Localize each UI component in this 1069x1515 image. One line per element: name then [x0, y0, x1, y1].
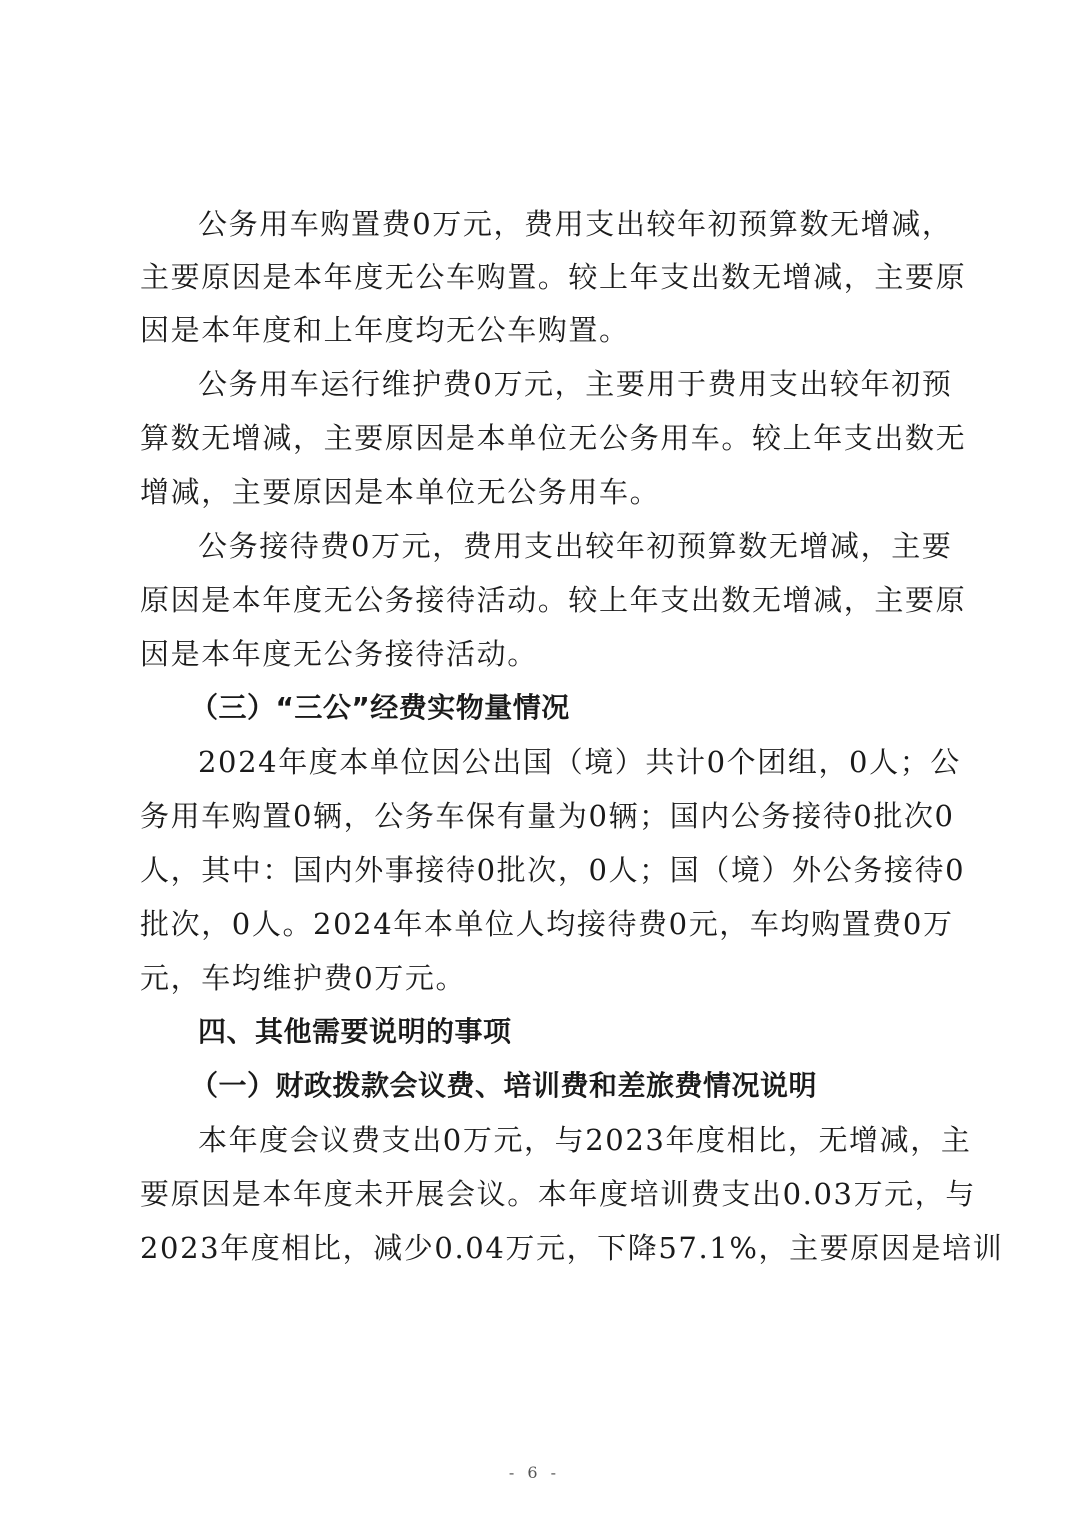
- section-heading: 四、其他需要说明的事项: [198, 1014, 935, 1050]
- section-subheading: （一）财政拨款会议费、培训费和差旅费情况说明: [190, 1068, 927, 1104]
- paragraph-line: 公务接待费0万元，费用支出较年初预算数无增减，主要: [198, 528, 935, 564]
- paragraph-line: 本年度会议费支出0万元，与2023年度相比，无增减，主: [198, 1122, 935, 1158]
- paragraph-line: 算数无增减，主要原因是本单位无公务用车。较上年支出数无: [140, 420, 935, 456]
- paragraph-line: 公务用车运行维护费0万元，主要用于费用支出较年初预: [198, 366, 935, 402]
- paragraph-line: 务用车购置0辆，公务车保有量为0辆；国内公务接待0批次0: [140, 798, 935, 834]
- paragraph-line: 批次，0人。2024年本单位人均接待费0元，车均购置费0万: [140, 906, 935, 942]
- paragraph-line: 主要原因是本年度无公车购置。较上年支出数无增减，主要原: [140, 259, 935, 295]
- paragraph-line: 原因是本年度无公务接待活动。较上年支出数无增减，主要原: [140, 582, 935, 618]
- paragraph-line: 元，车均维护费0万元。: [140, 960, 935, 996]
- paragraph-line: 因是本年度无公务接待活动。: [140, 636, 935, 672]
- paragraph-line: 要原因是本年度未开展会议。本年度培训费支出0.03万元，与: [140, 1176, 935, 1212]
- paragraph-line: 人，其中：国内外事接待0批次，0人；国（境）外公务接待0: [140, 852, 935, 888]
- paragraph-line: 因是本年度和上年度均无公车购置。: [140, 312, 935, 348]
- paragraph-line: 增减，主要原因是本单位无公务用车。: [140, 474, 935, 510]
- paragraph-line: 公务用车购置费0万元，费用支出较年初预算数无增减，: [198, 206, 935, 242]
- section-subheading: （三）“三公”经费实物量情况: [190, 690, 927, 726]
- page-number: - 6 -: [0, 1463, 1069, 1482]
- paragraph-line: 2023年度相比，减少0.04万元，下降57.1%，主要原因是培训: [140, 1230, 935, 1266]
- paragraph-line: 2024年度本单位因公出国（境）共计0个团组，0人；公: [198, 744, 935, 780]
